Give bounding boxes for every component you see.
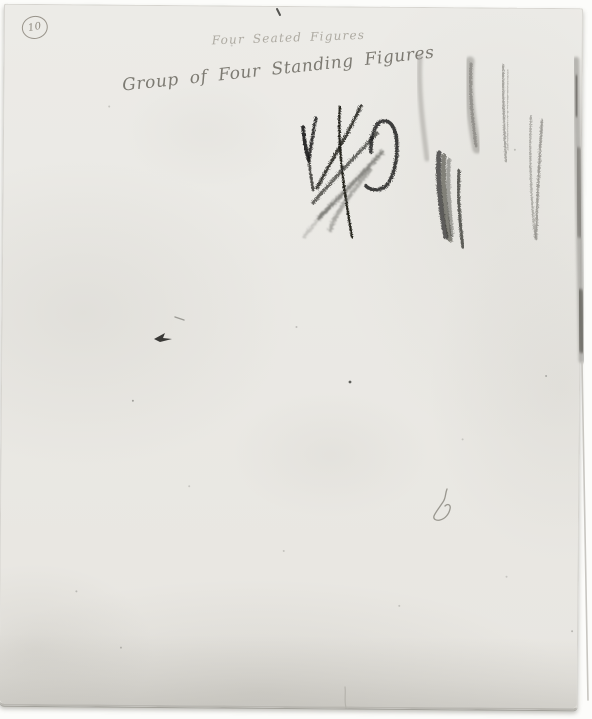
paper-specks <box>5 5 7 7</box>
page-number-circled: 10 <box>20 14 49 41</box>
page-edge-line <box>582 362 588 700</box>
page-number-text: 10 <box>27 21 42 34</box>
scanned-sketchbook-photo: 10 Four Seated Figures Group of Four Sta… <box>0 0 592 719</box>
sketchbook-page: 10 Four Seated Figures Group of Four Sta… <box>0 4 583 711</box>
inscription-group-of-four-standing-figures: Group of Four Standing Figures <box>121 43 435 96</box>
inscription-four-seated-figures: Four Seated Figures <box>211 28 365 47</box>
